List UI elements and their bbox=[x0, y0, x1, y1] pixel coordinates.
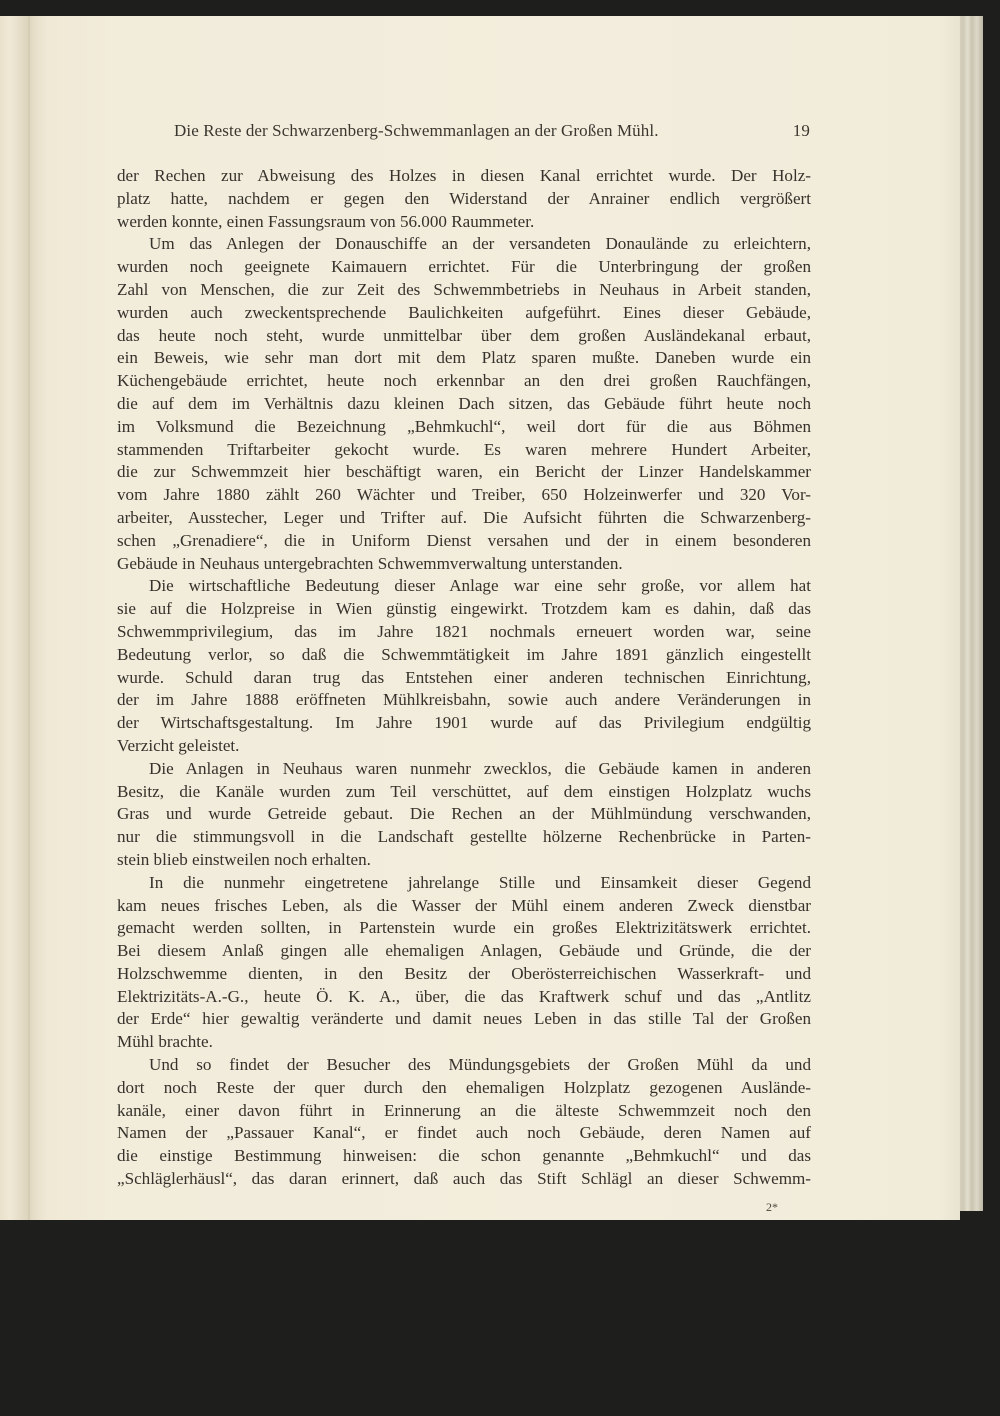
text-line: wurden auch zweckentsprechende Baulichke… bbox=[117, 302, 811, 325]
text-line: der Erde“ hier gewaltig veränderte und d… bbox=[117, 1008, 811, 1031]
text-line: nur die stimmungsvoll in die Landschaft … bbox=[117, 826, 811, 849]
text-line: Küchengebäude errichtet, heute noch erke… bbox=[117, 370, 811, 393]
text-line: Und so findet der Besucher des Mündungsg… bbox=[117, 1054, 811, 1077]
text-line: „Schläglerhäusl“, das daran erinnert, da… bbox=[117, 1168, 811, 1191]
gutter-fold bbox=[28, 16, 30, 1220]
text-line: kam neues frisches Leben, als die Wasser… bbox=[117, 895, 811, 918]
text-line: platz hatte, nachdem er gegen den Widers… bbox=[117, 188, 811, 211]
text-line: werden konnte, einen Fassungsraum von 56… bbox=[117, 211, 811, 234]
text-line: die einstige Bestimmung hinweisen: die s… bbox=[117, 1145, 811, 1168]
page-number: 19 bbox=[793, 121, 810, 141]
paragraph: Die wirtschaftliche Bedeutung dieser Anl… bbox=[117, 575, 811, 757]
text-line: gemacht werden sollten, in Partenstein w… bbox=[117, 917, 811, 940]
text-line: Mühl brachte. bbox=[117, 1031, 811, 1054]
body-text: der Rechen zur Abweisung des Holzes in d… bbox=[117, 165, 811, 1191]
text-line: Die Anlagen in Neuhaus waren nunmehr zwe… bbox=[117, 758, 811, 781]
text-line: Holzschwemme dienten, in den Besitz der … bbox=[117, 963, 811, 986]
text-line: vom Jahre 1880 zählt 260 Wächter und Tre… bbox=[117, 484, 811, 507]
text-line: Gebäude in Neuhaus untergebrachten Schwe… bbox=[117, 553, 811, 576]
text-line: Bedeutung verlor, so daß die Schwemmtäti… bbox=[117, 644, 811, 667]
text-line: arbeiter, Ausstecher, Leger und Trifter … bbox=[117, 507, 811, 530]
text-line: Schwemmprivilegium, das im Jahre 1821 no… bbox=[117, 621, 811, 644]
signature-mark: 2* bbox=[766, 1200, 778, 1215]
running-title: Die Reste der Schwarzenberg-Schwemmanlag… bbox=[174, 121, 659, 141]
text-line: sie auf die Holzpreise in Wien günstig e… bbox=[117, 598, 811, 621]
text-line: Zahl von Menschen, die zur Zeit des Schw… bbox=[117, 279, 811, 302]
text-line: stammenden Triftarbeiter gekocht wurde. … bbox=[117, 439, 811, 462]
text-line: der im Jahre 1888 eröffneten Mühlkreisba… bbox=[117, 689, 811, 712]
text-line: Gras und wurde Getreide gebaut. Die Rech… bbox=[117, 803, 811, 826]
paragraph: Und so findet der Besucher des Mündungsg… bbox=[117, 1054, 811, 1191]
paragraph: der Rechen zur Abweisung des Holzes in d… bbox=[117, 165, 811, 233]
text-line: In die nunmehr eingetretene jahrelange S… bbox=[117, 872, 811, 895]
paragraph: Um das Anlegen der Donauschiffe an der v… bbox=[117, 233, 811, 575]
text-line: wurde. Schuld daran trug das Entstehen e… bbox=[117, 667, 811, 690]
text-line: der Rechen zur Abweisung des Holzes in d… bbox=[117, 165, 811, 188]
text-line: das heute noch steht, wurde unmittelbar … bbox=[117, 325, 811, 348]
text-line: wurden noch geeignete Kaimauern errichte… bbox=[117, 256, 811, 279]
running-header: Die Reste der Schwarzenberg-Schwemmanlag… bbox=[174, 121, 810, 143]
text-line: im Volksmund die Bezeichnung „Behmkuchl“… bbox=[117, 416, 811, 439]
text-line: Um das Anlegen der Donauschiffe an der v… bbox=[117, 233, 811, 256]
text-line: Verzicht geleistet. bbox=[117, 735, 811, 758]
text-line: Namen der „Passauer Kanal“, er findet au… bbox=[117, 1122, 811, 1145]
text-line: der Wirtschaftsgestaltung. Im Jahre 1901… bbox=[117, 712, 811, 735]
text-line: schen „Grenadiere“, die in Uniform Diens… bbox=[117, 530, 811, 553]
text-line: kanäle, einer davon führt in Erinnerung … bbox=[117, 1100, 811, 1123]
text-line: die zur Schwemmzeit hier beschäftigt war… bbox=[117, 461, 811, 484]
text-line: Elektrizitäts-A.-G., heute Ö. K. A., übe… bbox=[117, 986, 811, 1009]
text-line: Bei diesem Anlaß gingen alle ehemaligen … bbox=[117, 940, 811, 963]
text-line: die auf dem im Verhältnis dazu kleinen D… bbox=[117, 393, 811, 416]
text-line: dort noch Reste der quer durch den ehema… bbox=[117, 1077, 811, 1100]
text-line: stein blieb einstweilen noch erhalten. bbox=[117, 849, 811, 872]
text-line: ein Beweis, wie sehr man dort mit dem Pl… bbox=[117, 347, 811, 370]
paragraph: In die nunmehr eingetretene jahrelange S… bbox=[117, 872, 811, 1054]
text-line: Die wirtschaftliche Bedeutung dieser Anl… bbox=[117, 575, 811, 598]
paragraph: Die Anlagen in Neuhaus waren nunmehr zwe… bbox=[117, 758, 811, 872]
text-line: Besitz, die Kanäle wurden zum Teil versc… bbox=[117, 781, 811, 804]
